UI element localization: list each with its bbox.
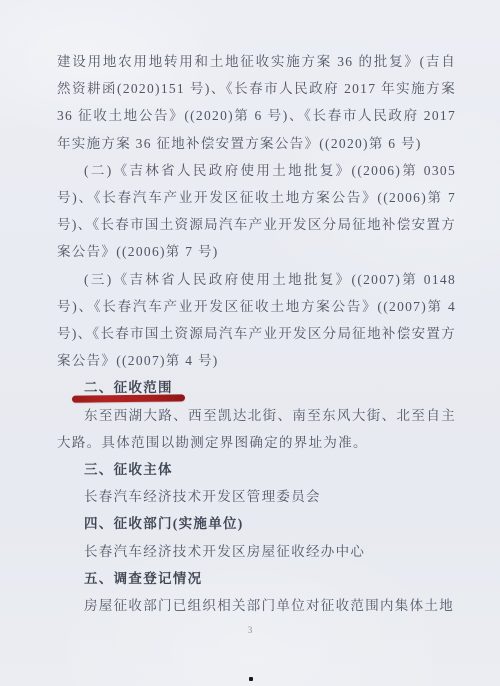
paragraph-approvals-2006: (二)《吉林省人民政府使用土地批复》((2006)第 0305 号)、《长春汽车… (57, 157, 456, 266)
document-page: 建设用地农用地转用和土地征收实施方案 36 的批复》(吉自然资耕函(2020)1… (0, 0, 500, 686)
paragraph-approvals-2020: 建设用地农用地转用和土地征收实施方案 36 的批复》(吉自然资耕函(2020)1… (57, 48, 456, 157)
section-heading-expropriation-subject: 三、征收主体 (57, 456, 456, 483)
document-text-body: 建设用地农用地转用和土地征收实施方案 36 的批复》(吉自然资耕函(2020)1… (57, 48, 456, 619)
ink-dot-mark (249, 677, 253, 681)
section-heading-survey-registration: 五、调查登记情况 (57, 565, 456, 592)
paragraph-approvals-2007: (三)《吉林省人民政府使用土地批复》((2007)第 0148 号)、《长春汽车… (57, 266, 456, 375)
paragraph-survey-registration: 房屋征收部门已组织相关部门单位对征收范围内集体土地 (57, 592, 456, 619)
section-heading-expropriation-department: 四、征收部门(实施单位) (57, 510, 456, 537)
paragraph-subject-name: 长春汽车经济技术开发区管理委员会 (57, 483, 456, 510)
paragraph-department-name: 长春汽车经济技术开发区房屋征收经办中心 (57, 538, 456, 565)
page-number: 3 (0, 626, 500, 636)
section-heading-expropriation-scope: 二、征收范围 (57, 374, 456, 401)
paragraph-scope-boundaries: 东至西湖大路、西至凯达北街、南至东风大街、北至自主大路。具体范围以勘测定界图确定… (57, 402, 456, 456)
